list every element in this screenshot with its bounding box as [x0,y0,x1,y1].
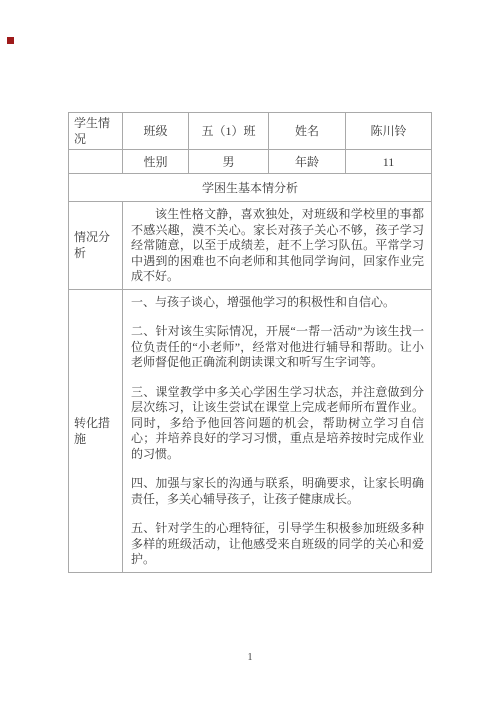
document-page: { "marks": { "red_square_color": "#9e1a1… [0,0,500,707]
measure-item-4: 四、加强与家长的沟通与联系，明确要求，让家长明确责任，多关心辅导孩子，让孩子健康… [131,476,424,507]
empty-cell [69,150,123,174]
table-row: 学生情况 班级 五（1）班 姓名 陈川铃 [69,113,432,150]
measures-label: 转化措施 [69,289,123,572]
gender-value: 男 [189,150,269,174]
measures-content: 一、与孩子谈心，增强他学习的积极性和自信心。 二、针对该生实际情况，开展“一帮一… [123,289,432,572]
gender-label: 性别 [123,150,189,174]
section-title: 学困生基本情分析 [69,174,432,202]
table-row: 转化措施 一、与孩子谈心，增强他学习的积极性和自信心。 二、针对该生实际情况，开… [69,289,432,572]
measure-item-3: 三、课堂教学中多关心学困生学习状态，并注意做到分层次练习，让该生尝试在课堂上完成… [131,385,424,463]
analysis-content: 该生性格文静，喜欢独处，对班级和学校里的事都不感兴趣，漠不关心。家长对孩子关心不… [123,202,432,290]
measure-item-2: 二、针对该生实际情况，开展“一帮一活动”为该生找一位负责任的“小老师”，经常对他… [131,324,424,371]
measure-item-1: 一、与孩子谈心，增强他学习的积极性和自信心。 [131,295,424,311]
page-number: 1 [0,652,500,663]
age-label: 年龄 [269,150,346,174]
class-label: 班级 [123,113,189,150]
table-row: 学困生基本情分析 [69,174,432,202]
name-value: 陈川铃 [346,113,432,150]
class-value: 五（1）班 [189,113,269,150]
table-row: 情况分析 该生性格文静，喜欢独处，对班级和学校里的事都不感兴趣，漠不关心。家长对… [69,202,432,290]
measure-item-5: 五、针对学生的心理特征，引导学生积极参加班级多种多样的班级活动，让他感受来自班级… [131,521,424,568]
student-info-label: 学生情况 [69,113,123,150]
student-analysis-table: 学生情况 班级 五（1）班 姓名 陈川铃 性别 男 年龄 11 学困生基本情分析… [68,112,432,573]
table-row: 性别 男 年龄 11 [69,150,432,174]
analysis-text: 该生性格文静，喜欢独处，对班级和学校里的事都不感兴趣，漠不关心。家长对孩子关心不… [131,207,424,285]
name-label: 姓名 [269,113,346,150]
analysis-label: 情况分析 [69,202,123,290]
red-square-mark [7,37,14,44]
age-value: 11 [346,150,432,174]
